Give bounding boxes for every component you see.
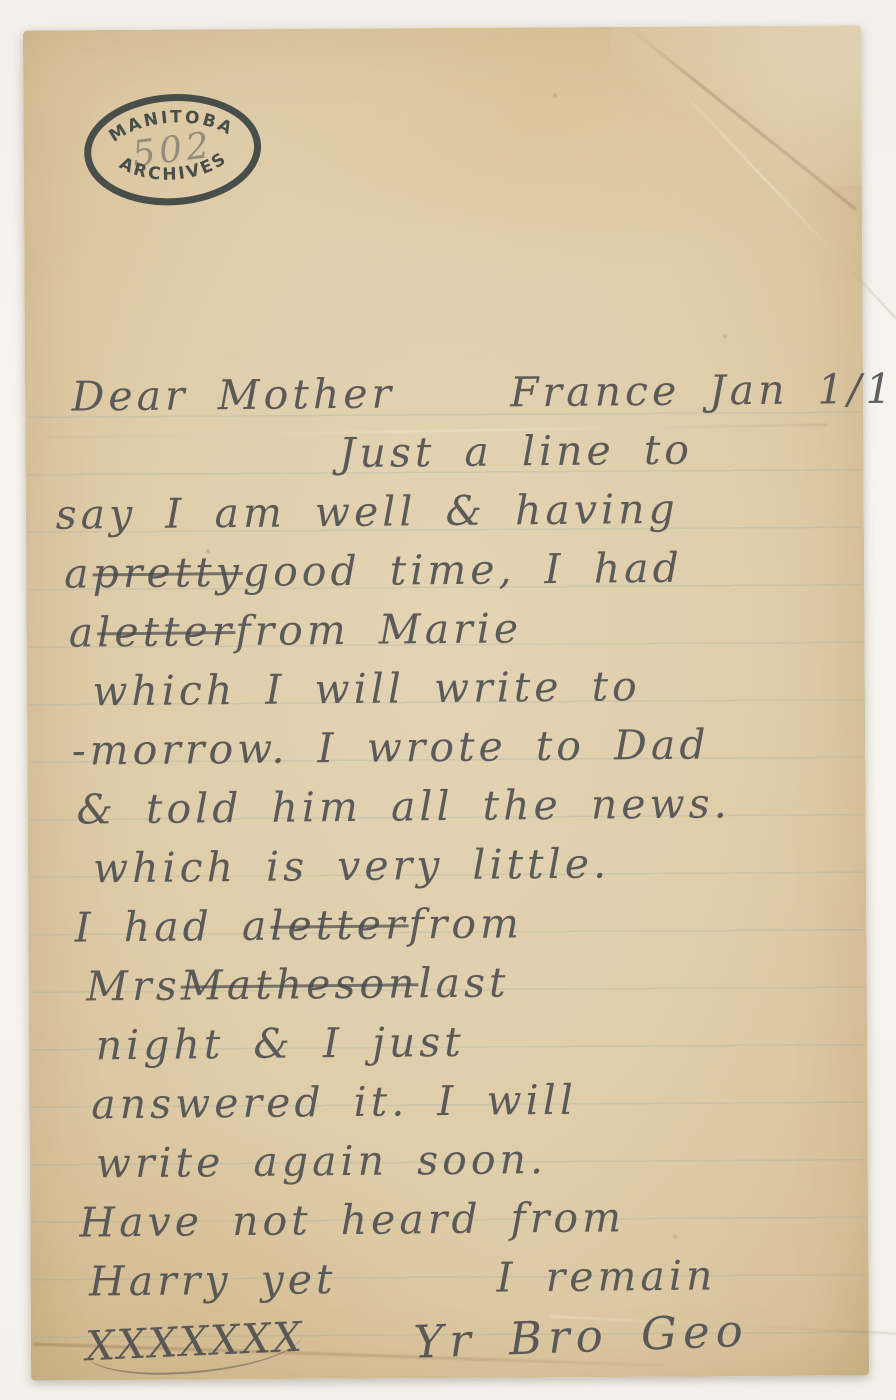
handwriting-text: from bbox=[408, 894, 523, 954]
letter-line: which is very little. bbox=[58, 832, 857, 899]
letter-line: Have not heard from bbox=[61, 1186, 860, 1253]
handwriting-text: from Marie bbox=[235, 599, 522, 661]
crease-line bbox=[670, 79, 896, 320]
letter-body: Dear MotherFrance Jan 1/17Just a line to… bbox=[53, 360, 861, 1371]
handwriting-text: Harry yet bbox=[89, 1250, 337, 1311]
letter-line: which I will write to bbox=[56, 655, 855, 722]
letter-line: a letter from Marie bbox=[55, 596, 854, 663]
handwriting-text: I had a bbox=[74, 897, 270, 958]
letter-line: night & I just bbox=[59, 1009, 858, 1076]
crease-line bbox=[627, 26, 857, 211]
closing: I remain bbox=[496, 1246, 716, 1307]
handwriting-text: night & I just bbox=[95, 1013, 465, 1076]
handwriting-text: Just a line to bbox=[339, 421, 694, 483]
handwriting-text: write again soon. bbox=[96, 1130, 548, 1193]
handwriting-text: pretty bbox=[92, 543, 243, 603]
letter-line: & told him all the news. bbox=[57, 773, 856, 840]
letter-line: Mrs Matheson last bbox=[59, 950, 858, 1017]
handwriting-text: Have not heard from bbox=[79, 1188, 625, 1252]
archives-oval-stamp-icon: MANITOBA 502 ARCHIVES bbox=[78, 86, 266, 212]
kisses: XXXXXXX bbox=[84, 1308, 305, 1379]
handwriting-text: say I am well & having bbox=[55, 480, 679, 545]
letter-line: write again soon. bbox=[61, 1127, 860, 1194]
handwriting-text: answered it. I will bbox=[91, 1071, 577, 1135]
handwriting-text: & told him all the news. bbox=[76, 774, 731, 839]
handwriting-text: -morrow. I wrote to Dad bbox=[72, 716, 710, 781]
letter-line: I had a letter from bbox=[58, 891, 857, 958]
handwriting-text: good time, I had bbox=[243, 539, 684, 602]
signature: Yr Bro Geo bbox=[413, 1301, 750, 1372]
salutation: Dear Mother bbox=[71, 365, 395, 427]
corner-fold bbox=[611, 25, 862, 187]
letter-line: answered it. I will bbox=[60, 1068, 859, 1135]
handwriting-text: Matheson bbox=[180, 954, 418, 1015]
handwriting-text: letter bbox=[270, 895, 409, 955]
letter-line: Just a line to bbox=[54, 419, 853, 486]
handwriting-text: which I will write to bbox=[92, 657, 641, 721]
letter-line: say I am well & having bbox=[54, 478, 853, 545]
handwriting-text: which is very little. bbox=[93, 834, 611, 898]
letter-line: a pretty good time, I had bbox=[55, 537, 854, 604]
handwriting-text: Mrs bbox=[86, 957, 181, 1017]
letter-paper: MANITOBA 502 ARCHIVES Dear MotherFrance … bbox=[23, 25, 869, 1380]
handwriting-text: letter bbox=[97, 602, 236, 662]
signature-line: XXXXXXXYr Bro Geo bbox=[62, 1304, 861, 1371]
salutation-line: Dear MotherFrance Jan 1/17 bbox=[53, 360, 852, 427]
letter-line: -morrow. I wrote to Dad bbox=[57, 714, 856, 781]
handwriting-text: a bbox=[64, 544, 93, 603]
dateline: France Jan 1/17 bbox=[510, 359, 896, 422]
handwriting-text: last bbox=[418, 953, 510, 1013]
handwriting-text: a bbox=[68, 603, 97, 662]
